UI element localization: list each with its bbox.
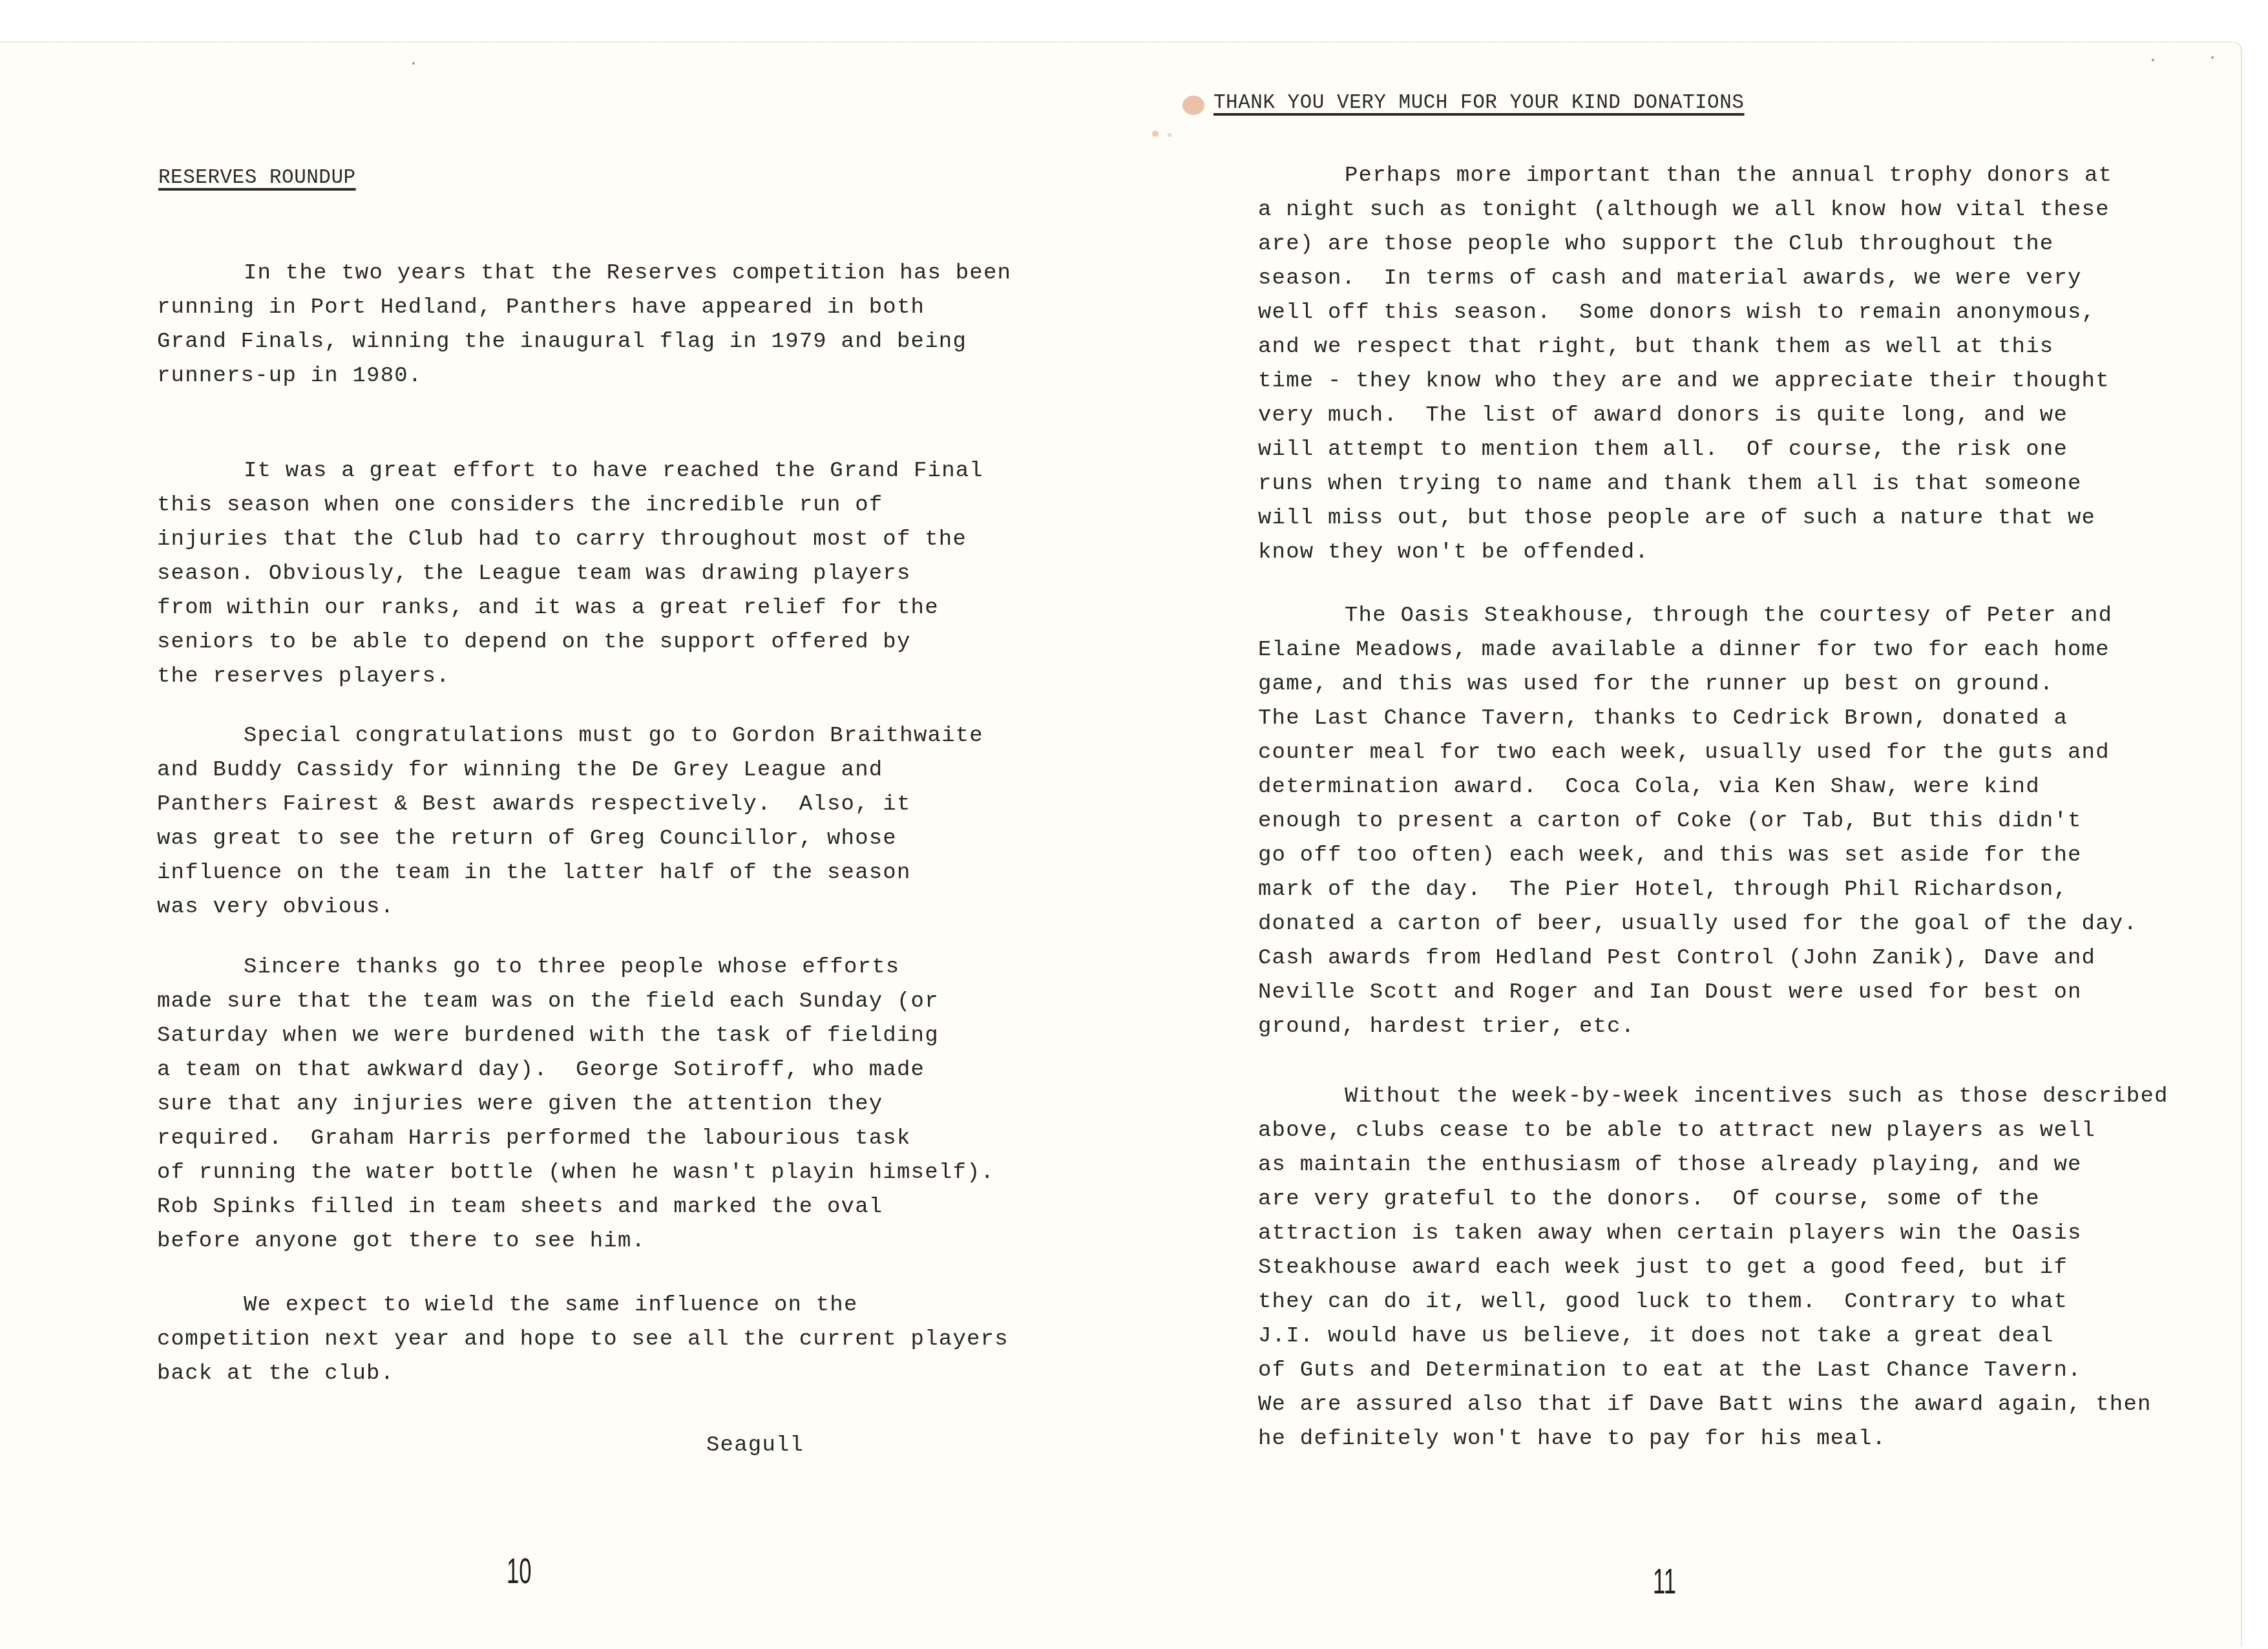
text-line: Grand Finals, winning the inaugural flag…	[157, 325, 1011, 359]
text-line: runs when trying to name and thank them …	[1258, 467, 2112, 501]
text-line: required. Graham Harris performed the la…	[157, 1122, 994, 1156]
text-line: they can do it, well, good luck to them.…	[1258, 1285, 2168, 1319]
page-10: RESERVES ROUNDUP In the two years that t…	[0, 43, 1120, 1646]
text-line: above, clubs cease to be able to attract…	[1258, 1114, 2168, 1148]
text-line: and we respect that right, but thank the…	[1258, 330, 2112, 364]
paragraph: We expect to wield the same influence on…	[157, 1288, 1009, 1391]
text-line: sure that any injuries were given the at…	[157, 1087, 994, 1122]
text-line: Elaine Meadows, made available a dinner …	[1258, 633, 2137, 667]
text-line: donated a carton of beer, usually used f…	[1258, 907, 2137, 941]
text-line: of running the water bottle (when he was…	[157, 1156, 994, 1190]
text-line: of Guts and Determination to eat at the …	[1258, 1354, 2168, 1388]
text-line: competition next year and hope to see al…	[157, 1323, 1009, 1357]
text-line: The Oasis Steakhouse, through the courte…	[1258, 599, 2137, 633]
page-heading: THANK YOU VERY MUCH FOR YOUR KIND DONATI…	[1213, 92, 1744, 114]
text-line: Sincere thanks go to three people whose …	[157, 951, 994, 985]
scan-speck	[2152, 59, 2154, 61]
text-line: Neville Scott and Roger and Ian Doust we…	[1258, 976, 2137, 1010]
text-line: will attempt to mention them all. Of cou…	[1258, 433, 2112, 467]
text-line: a night such as tonight (although we all…	[1258, 193, 2112, 227]
text-line: a team on that awkward day). George Soti…	[157, 1053, 994, 1087]
text-line: made sure that the team was on the field…	[157, 985, 994, 1019]
text-line: It was a great effort to have reached th…	[157, 454, 983, 488]
newsletter-spread: RESERVES ROUNDUP In the two years that t…	[0, 41, 2242, 1646]
text-line: are very grateful to the donors. Of cour…	[1258, 1182, 2168, 1217]
author-signature: Seagull	[706, 1433, 804, 1458]
text-line: ground, hardest trier, etc.	[1258, 1010, 2137, 1044]
paragraph: Special congratulations must go to Gordo…	[157, 719, 983, 925]
text-line: influence on the team in the latter half…	[157, 856, 983, 890]
text-line: very much. The list of award donors is q…	[1258, 399, 2112, 433]
text-line: this season when one considers the incre…	[157, 488, 983, 523]
text-line: runners-up in 1980.	[157, 359, 1011, 394]
text-line: mark of the day. The Pier Hotel, through…	[1258, 873, 2137, 907]
page-number: 11	[1653, 1560, 1676, 1602]
text-line: game, and this was used for the runner u…	[1258, 667, 2137, 702]
text-line: season. Obviously, the League team was d…	[157, 557, 983, 591]
stain-mark	[1152, 131, 1159, 137]
paragraph: The Oasis Steakhouse, through the courte…	[1258, 599, 2137, 1044]
text-line: are) are those people who support the Cl…	[1258, 227, 2112, 262]
text-line: attraction is taken away when certain pl…	[1258, 1217, 2168, 1251]
text-line: We expect to wield the same influence on…	[157, 1288, 1009, 1323]
scan-speck	[412, 62, 415, 65]
text-line: will miss out, but those people are of s…	[1258, 501, 2112, 536]
text-line: determination award. Coca Cola, via Ken …	[1258, 770, 2137, 804]
text-line: enough to present a carton of Coke (or T…	[1258, 804, 2137, 839]
text-line: injuries that the Club had to carry thro…	[157, 523, 983, 557]
text-line: season. In terms of cash and material aw…	[1258, 262, 2112, 296]
text-line: from within our ranks, and it was a grea…	[157, 591, 983, 625]
text-line: back at the club.	[157, 1357, 1009, 1391]
text-line: know they won't be offended.	[1258, 536, 2112, 570]
page-11: THANK YOU VERY MUCH FOR YOUR KIND DONATI…	[1120, 43, 2241, 1646]
text-line: Steakhouse award each week just to get a…	[1258, 1251, 2168, 1285]
text-line: Perhaps more important than the annual t…	[1258, 159, 2112, 193]
text-line: We are assured also that if Dave Batt wi…	[1258, 1388, 2168, 1422]
text-line: as maintain the enthusiasm of those alre…	[1258, 1148, 2168, 1182]
page-number: 10	[507, 1549, 532, 1591]
stain-mark	[1182, 96, 1204, 115]
text-line: Special congratulations must go to Gordo…	[157, 719, 983, 753]
text-line: running in Port Hedland, Panthers have a…	[157, 291, 1011, 325]
text-line: and Buddy Cassidy for winning the De Gre…	[157, 753, 983, 788]
text-line: Cash awards from Hedland Pest Control (J…	[1258, 941, 2137, 976]
text-line: seniors to be able to depend on the supp…	[157, 625, 983, 660]
text-line: was great to see the return of Greg Coun…	[157, 822, 983, 856]
text-line: Saturday when we were burdened with the …	[157, 1019, 994, 1053]
text-line: counter meal for two each week, usually …	[1258, 736, 2137, 770]
text-line: J.I. would have us believe, it does not …	[1258, 1319, 2168, 1354]
paragraph: Perhaps more important than the annual t…	[1258, 159, 2112, 570]
text-line: well off this season. Some donors wish t…	[1258, 296, 2112, 330]
text-line: In the two years that the Reserves compe…	[157, 257, 1011, 291]
text-line: Panthers Fairest & Best awards respectiv…	[157, 788, 983, 822]
stain-mark	[1168, 133, 1171, 137]
paragraph: In the two years that the Reserves compe…	[157, 257, 1011, 394]
paragraph: Without the week-by-week incentives such…	[1258, 1080, 2168, 1456]
text-line: was very obvious.	[157, 890, 983, 925]
text-line: time - they know who they are and we app…	[1258, 364, 2112, 399]
text-line: Rob Spinks filled in team sheets and mar…	[157, 1190, 994, 1224]
text-line: the reserves players.	[157, 660, 983, 694]
paragraph: It was a great effort to have reached th…	[157, 454, 983, 694]
text-line: go off too often) each week, and this wa…	[1258, 839, 2137, 873]
paragraph: Sincere thanks go to three people whose …	[157, 951, 994, 1259]
page-heading: RESERVES ROUNDUP	[158, 167, 356, 189]
text-line: Without the week-by-week incentives such…	[1258, 1080, 2168, 1114]
scan-speck	[2211, 56, 2214, 59]
text-line: The Last Chance Tavern, thanks to Cedric…	[1258, 702, 2137, 736]
text-line: before anyone got there to see him.	[157, 1224, 994, 1259]
text-line: he definitely won't have to pay for his …	[1258, 1422, 2168, 1456]
